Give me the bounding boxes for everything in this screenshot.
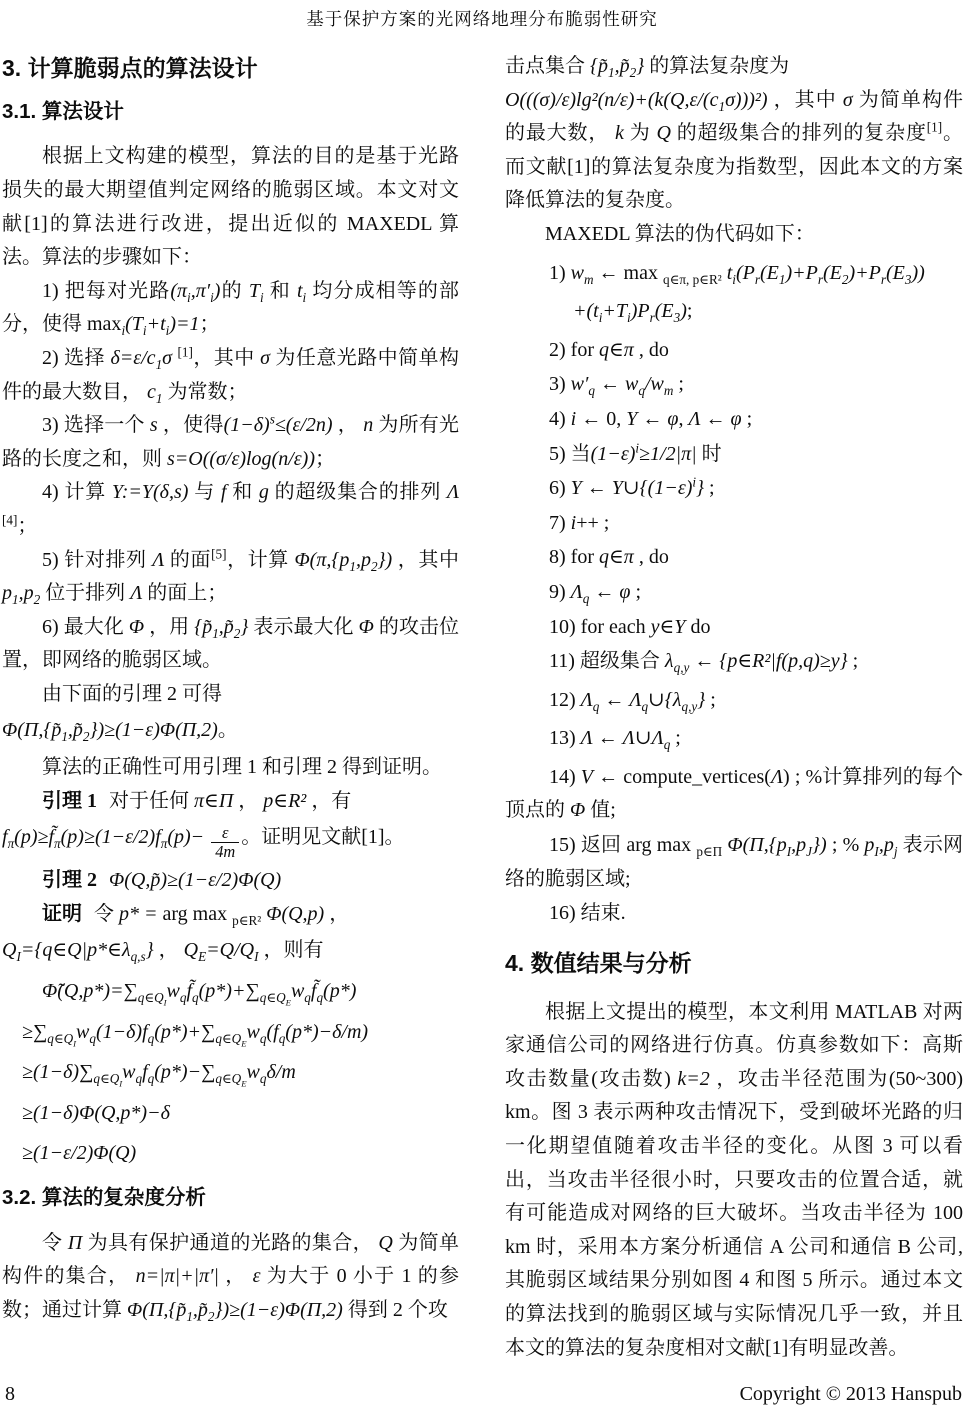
pseudocode-line-6: 6) Y ← Y∪{(1−ε)i} ; xyxy=(505,472,963,506)
pseudocode-line-2: 2) for q∈π , do xyxy=(505,334,963,368)
lemma-2: 引理 2Φ(Q,p̃)≥(1−ε/2)Φ(Q) xyxy=(2,864,459,898)
subsection-heading-3-2: 3.2. 算法的复杂度分析 xyxy=(2,1185,459,1211)
copyright-notice: Copyright © 2013 Hanspub xyxy=(740,1383,962,1406)
pseudocode-line-1-cont: +(ti+Ti)Pr(E3); xyxy=(505,295,963,329)
pseudocode-line-12: 12) Λq ← Λq∪{λq,y} ; xyxy=(505,684,963,718)
paragraph-lead-lemma2: 由下面的引理 2 可得 xyxy=(2,678,459,712)
section-heading-4: 4. 数值结果与分析 xyxy=(505,949,963,978)
pseudocode-line-13: 13) Λ ← Λ∪Λq ; xyxy=(505,722,963,756)
equation-proof-line-5: ≥(1−ε/2)Φ(Q) xyxy=(2,1137,459,1171)
algorithm-step-2: 2) 选择 δ=ε/c1σ [1]，其中 σ 为任意光路中简单构件的最大数目， … xyxy=(2,342,459,409)
paragraph-correctness: 算法的正确性可用引理 1 和引理 2 得到证明。 xyxy=(2,751,459,785)
paper-running-title: 基于保护方案的光网络地理分布脆弱性研究 xyxy=(0,6,964,31)
lemma-1: 引理 1对于任何 π∈Π ， p∈R² ，有 xyxy=(2,785,459,819)
equation-proof-line-3: ≥(1−δ)∑q∈QIwqfq(p*)−∑q∈QEwqδ/m xyxy=(2,1056,459,1090)
paragraph-complexity: 令 Π 为具有保护通道的光路的集合， Q 为简单构件的集合， n=|π|+|π′… xyxy=(2,1227,459,1328)
algorithm-step-1: 1) 把每对光路(πi,π′i)的 Ti 和 ti 均分成相等的部分，使得 ma… xyxy=(2,275,459,342)
lemma-2-label: 引理 2 xyxy=(42,869,97,891)
algorithm-step-5: 5) 针对排列 Λ 的面[5]，计算 Φ(π,{p1,p2}) ，其中 p1,p… xyxy=(2,544,459,611)
page-number: 8 xyxy=(5,1383,15,1406)
lemma-1-statement: 对于任何 π∈Π ， p∈R² ，有 xyxy=(109,790,351,812)
pseudocode-line-10: 10) for each y∈Y do xyxy=(505,611,963,645)
pseudocode-line-3: 3) w′q ← wq/wm ; xyxy=(505,368,963,402)
proof-label: 证明 xyxy=(42,903,82,925)
equation-proof-line-2: ≥∑q∈QIwq(1−δ)fq(p*)+∑q∈QEwq(fq(p*)−δ/m) xyxy=(2,1016,459,1050)
pseudocode-line-8: 8) for q∈π , do xyxy=(505,541,963,575)
algorithm-step-6: 6) 最大化 Φ ，用 {p̃1,p̃2} 表示最大化 Φ 的攻击位置，即网络的… xyxy=(2,611,459,678)
left-column: 3. 计算脆弱点的算法设计 3.1. 算法设计 根据上文构建的模型，算法的目的是… xyxy=(2,50,459,1327)
pseudocode-line-1: 1) wm ← max q∈π, p∈R² ti(Pr(E1)+Pr(E2)+P… xyxy=(505,257,963,291)
paragraph-complexity-cont: 击点集合 {p̃1,p̃2} 的算法复杂度为 xyxy=(505,50,963,84)
equation-proof-line-4: ≥(1−δ)Φ(Q,p*)−δ xyxy=(2,1097,459,1131)
lemma-1-label: 引理 1 xyxy=(42,790,97,812)
proof-lead: 证明令 p* = arg max p∈R² Φ(Q,p) ， xyxy=(2,898,459,932)
proof-statement: 令 p* = arg max p∈R² Φ(Q,p) ， xyxy=(94,903,349,925)
equation-phi-bound: Φ(Π,{p̃1,p̃2})≥(1−ε)Φ(Π,2)。 xyxy=(2,714,459,748)
pseudocode-line-5: 5) 当(1−ε)i≥1/2|π| 时 xyxy=(505,438,963,472)
pseudocode-line-16: 16) 结束. xyxy=(505,897,963,931)
paragraph-intro: 根据上文构建的模型，算法的目的是基于光路损失的最大期望值判定网络的脆弱区域。本文… xyxy=(2,140,459,274)
equation-qi-qe: QI={q∈Q|p*∈λq,s} ， QE=Q/QI ，则有 xyxy=(2,934,459,968)
pseudocode-line-4: 4) i ← 0, Y ← φ, Λ ← φ ; xyxy=(505,403,963,437)
right-column: 击点集合 {p̃1,p̃2} 的算法复杂度为 O(((σ)/ε)lg²(n/ε)… xyxy=(505,50,963,1365)
paragraph-numerical-results: 根据上文提出的模型，本文利用 MATLAB 对两家通信公司的网络进行仿真。仿真参… xyxy=(505,996,963,1366)
lemma-2-statement: Φ(Q,p̃)≥(1−ε/2)Φ(Q) xyxy=(109,869,281,891)
equation-proof-line-1: Φ̃(Q,p*)=∑q∈QIwqf̃q(p*)+∑q∈QEwqf̃q(p*) xyxy=(2,975,459,1009)
algorithm-step-3: 3) 选择一个 s ，使得(1−δ)s≤(ε/2n) ， n 为所有光路的长度之… xyxy=(2,409,459,476)
paragraph-complexity-formula: O(((σ)/ε)lg²(n/ε)+(k(Q,ε/(c1σ)))²) ，其中 σ… xyxy=(505,84,963,218)
paragraph-pseudocode-lead: MAXEDL 算法的伪代码如下： xyxy=(505,218,963,252)
equation-lemma-1: fπ(p)≥f̃π(p)≥(1−ε/2)fπ(p)− ε4m。证明见文献[1]。 xyxy=(2,821,459,861)
pseudocode-line-7: 7) i++ ; xyxy=(505,507,963,541)
pseudocode-line-15: 15) 返回 arg max p∈Π Φ(Π,{pI,pJ}) ; % pI,p… xyxy=(505,829,963,896)
pseudocode-line-14: 14) V ← compute_vertices(Λ) ; %计算排列的每个顶点… xyxy=(505,761,963,828)
pseudocode-line-11: 11) 超级集合 λq,y ← {p∈R²|f(p,q)≥y} ; xyxy=(505,645,963,679)
algorithm-step-4: 4) 计算 Y:=Y(δ,s) 与 f 和 g 的超级集合的排列 Λ [4]； xyxy=(2,476,459,543)
section-heading-3: 3. 计算脆弱点的算法设计 xyxy=(2,54,459,83)
subsection-heading-3-1: 3.1. 算法设计 xyxy=(2,99,459,125)
pseudocode-line-9: 9) Λq ← φ ; xyxy=(505,576,963,610)
